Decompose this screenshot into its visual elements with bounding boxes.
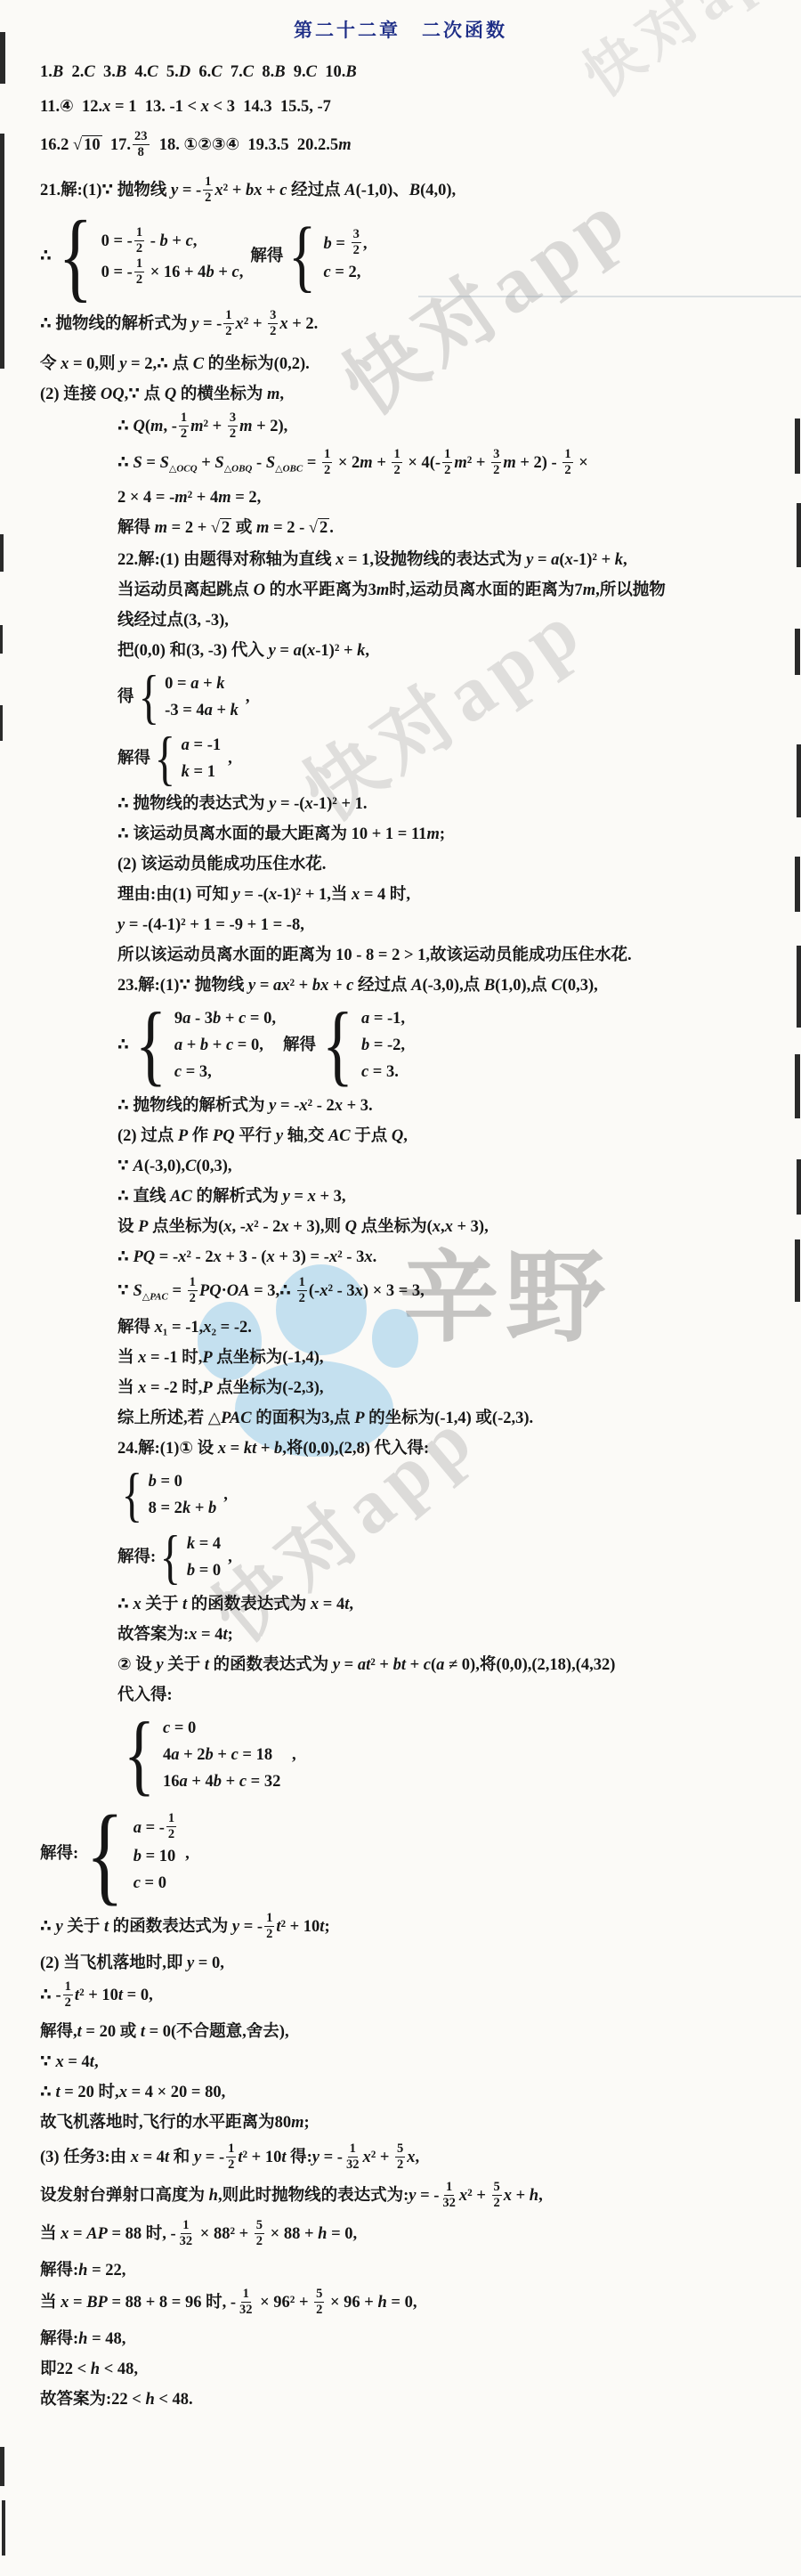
math-text: , — [228, 1544, 232, 1572]
math-text: 解得 — [117, 745, 150, 773]
math-text: 23.解:(1)∵ 抛物线 y = ax² + bx + c 经过点 A(-3,… — [117, 972, 598, 1000]
fraction: 12 — [179, 410, 189, 442]
math-text: ∴ PQ = -x² - 2x + 3 - (x + 3) = -x² - 3x… — [117, 1244, 376, 1272]
fraction: 52 — [395, 2141, 405, 2173]
fraction: 132 — [344, 2141, 361, 2173]
solution-line: ∴ 该运动员离水面的最大距离为 10 + 1 = 11m; — [117, 821, 801, 849]
solution-line: (3) 任务3:由 x = 4t 和 y = -12t² + 10t 得:y =… — [40, 2142, 801, 2174]
solution-line: 理由:由(1) 可知 y = -(x-1)² + 1,当 x = 4 时, — [117, 882, 801, 909]
fraction: 52 — [492, 2180, 502, 2211]
brace-icon: { — [86, 1808, 125, 1901]
solution-line: 代入得: — [117, 1682, 801, 1710]
math-text: 24.解:(1)① 设 x = kt + b,将(0,0),(2,8) 代入得: — [117, 1435, 429, 1463]
math-text: 设 P 点坐标为(x, -x² - 2x + 3),则 Q 点坐标为(x,x +… — [117, 1214, 489, 1241]
solution-line: 故答案为:22 < h < 48. — [40, 2386, 801, 2414]
solution-line: ∴ y 关于 t 的函数表达式为 y = -12t² + 10t; — [40, 1912, 801, 1943]
solution-line: ∴ x 关于 t 的函数表达式为 x = 4t, — [117, 1591, 801, 1619]
solution-line: 当 x = -1 时,P 点坐标为(-1,4), — [117, 1345, 801, 1372]
solution-line: 综上所述,若 △PAC 的面积为3,点 P 的坐标为(-1,4) 或(-2,3)… — [117, 1405, 801, 1433]
math-text: ∵ S△PAC = 12PQ·OA = 3,∴ 12(-x² - 3x) × 3… — [117, 1276, 425, 1307]
equation-system: {a = -1k = 1 — [150, 732, 221, 785]
equation-system: {a = -1,b = -2,c = 3. — [316, 1005, 405, 1085]
math-text: (2) 当飞机落地时,即 y = 0, — [40, 1950, 224, 1978]
solution-line: ∴ S = S△OCQ + S△OBQ - S△OBC = 12 × 2m + … — [117, 448, 801, 479]
math-text: 当 x = -1 时,P 点坐标为(-1,4), — [117, 1345, 324, 1372]
math-text: 11.④ 12.x = 1 13. -1 < x < 3 14.3 15.5, … — [40, 93, 331, 121]
fraction: 12 — [134, 225, 144, 256]
math-text: 解得 — [250, 243, 283, 271]
solution-line: ∴ -12t² + 10t = 0, — [40, 1980, 801, 2011]
fraction: 12 — [226, 2141, 236, 2173]
square-root: √10 — [73, 135, 102, 154]
math-text: ② 设 y 关于 t 的函数表达式为 y = at² + bt + c(a ≠ … — [117, 1652, 615, 1679]
scan-edge-artifact — [0, 2447, 4, 2486]
math-text: 解得:h = 48, — [40, 2326, 125, 2353]
fraction: 12 — [562, 447, 572, 478]
solution-lines: 1.B 2.C 3.B 4.C 5.D 6.C 7.C 8.B 9.C 10.B… — [0, 59, 801, 2414]
solution-line: 即22 < h < 48, — [40, 2356, 801, 2384]
answer-line: 1.B 2.C 3.B 4.C 5.D 6.C 7.C 8.B 9.C 10.B — [40, 59, 801, 86]
solution-line: ∵ x = 4t, — [40, 2049, 801, 2076]
solution-line: {b = 08 = 2k + b, — [117, 1466, 801, 1524]
solution-line: 解得{a = -1k = 1, — [117, 729, 801, 788]
solution-line: 解得 m = 2 + √2 或 m = 2 - √2. — [117, 515, 801, 542]
solution-line: 当 x = AP = 88 时, -132 × 88² + 52 × 88 + … — [40, 2219, 801, 2250]
solution-line: 21.解:(1)∵ 抛物线 y = -12x² + bx + c 经过点 A(-… — [40, 175, 801, 207]
fraction: 12 — [63, 1979, 73, 2011]
solution-line: 所以该运动员离水面的距离为 10 - 8 = 2 > 1,故该运动员能成功压住水… — [117, 942, 801, 970]
math-text: 把(0,0) 和(3, -3) 代入 y = a(x-1)² + k, — [117, 638, 369, 665]
solution-line: {c = 04a + 2b + c = 1816a + 4b + c = 32 … — [117, 1712, 801, 1798]
solution-line: 解得 x₁ = -1,x₂ = -2. — [117, 1314, 801, 1342]
equation-system: {c = 04a + 2b + c = 1816a + 4b + c = 32 — [117, 1715, 280, 1795]
answer-line: 11.④ 12.x = 1 13. -1 < x < 3 14.3 15.5, … — [40, 93, 801, 121]
equation-system: {0 = a + k-3 = 4a + k — [134, 670, 239, 724]
fraction: 12 — [392, 447, 401, 478]
brace-icon: { — [138, 671, 159, 723]
solution-line: 2 × 4 = -m² + 4m = 2, — [117, 484, 801, 512]
math-text: , — [185, 1841, 190, 1868]
math-text: ∴ 抛物线的解析式为 y = -12x² + 32x + 2. — [40, 309, 318, 340]
math-text: 综上所述,若 △PAC 的面积为3,点 P 的坐标为(-1,4) 或(-2,3)… — [117, 1405, 533, 1433]
solution-line: (2) 过点 P 作 PQ 平行 y 轴,交 AC 于点 Q, — [117, 1123, 801, 1150]
equation-system: {0 = -12 - b + c,0 = -12 × 16 + 4b + c, — [52, 215, 243, 299]
math-text: 1.B 2.C 3.B 4.C 5.D 6.C 7.C 8.B 9.C 10.B — [40, 59, 357, 86]
solution-content: 第二十二章 二次函数 1.B 2.C 3.B 4.C 5.D 6.C 7.C 8… — [0, 0, 801, 2414]
math-text: ∴ Q(m, -12m² + 32m + 2), — [117, 411, 287, 443]
fraction: 12 — [442, 447, 452, 478]
math-text: y = -(4-1)² + 1 = -9 + 1 = -8, — [117, 912, 304, 939]
chapter-title: 第二十二章 二次函数 — [0, 16, 801, 43]
solution-line: (2) 当飞机落地时,即 y = 0, — [40, 1950, 801, 1978]
math-text: (2) 连接 OQ,∵ 点 Q 的横坐标为 m, — [40, 381, 284, 409]
solution-line: 把(0,0) 和(3, -3) 代入 y = a(x-1)² + k, — [117, 638, 801, 665]
fraction: 52 — [255, 2218, 264, 2249]
math-text: 故答案为:x = 4t; — [117, 1621, 233, 1649]
fraction: 12 — [166, 1811, 176, 1842]
brace-icon: { — [124, 1717, 155, 1794]
math-text: 解得:h = 22, — [40, 2257, 125, 2285]
solution-line: ② 设 y 关于 t 的函数表达式为 y = at² + bt + c(a ≠ … — [117, 1652, 801, 1679]
equation-system: {b = 08 = 2k + b — [117, 1468, 216, 1522]
fraction: 52 — [314, 2287, 324, 2318]
math-text: ∵ x = 4t, — [40, 2049, 99, 2076]
math-text: ∴ y 关于 t 的函数表达式为 y = -12t² + 10t; — [40, 1912, 330, 1943]
math-text: ∴ — [117, 1032, 129, 1060]
math-text: , — [287, 1742, 295, 1769]
solution-line: ∴ 直线 AC 的解析式为 y = x + 3, — [117, 1183, 801, 1211]
solution-line: ∵ S△PAC = 12PQ·OA = 3,∴ 12(-x² - 3x) × 3… — [117, 1276, 801, 1307]
math-text: 22.解:(1) 由题得对称轴为直线 x = 1,设抛物线的表达式为 y = a… — [117, 547, 627, 574]
math-text: , — [228, 745, 232, 773]
math-text: 理由:由(1) 可知 y = -(x-1)² + 1,当 x = 4 时, — [117, 882, 410, 909]
solution-line: 解得:h = 48, — [40, 2326, 801, 2353]
math-text: 得 — [117, 684, 134, 711]
math-text: ∴ 直线 AC 的解析式为 y = x + 3, — [117, 1183, 346, 1211]
equation-system: {k = 4b = 0 — [156, 1531, 221, 1584]
math-text: 解得,t = 20 或 t = 0(不合题意,舍去), — [40, 2019, 289, 2046]
scan-edge-artifact — [2, 2500, 5, 2556]
math-text: 解得: — [40, 1841, 78, 1868]
brace-icon: { — [322, 1007, 353, 1085]
solution-line: 解得:{k = 4b = 0, — [117, 1528, 801, 1587]
fraction: 32 — [268, 308, 278, 339]
math-text: ∴ t = 20 时,x = 4 × 20 = 80, — [40, 2079, 225, 2107]
math-text: ∴ 抛物线的表达式为 y = -(x-1)² + 1. — [117, 791, 368, 818]
solution-line: ∴{0 = -12 - b + c,0 = -12 × 16 + 4b + c,… — [40, 212, 801, 302]
math-text: 解得 m = 2 + √2 或 m = 2 - √2. — [117, 515, 334, 542]
brace-icon: { — [288, 223, 316, 291]
math-text: ∴ x 关于 t 的函数表达式为 x = 4t, — [117, 1591, 353, 1619]
math-text: 令 x = 0,则 y = 2,∴ 点 C 的坐标为(0,2). — [40, 351, 310, 378]
solution-line: 得{0 = a + k-3 = 4a + k, — [117, 668, 801, 727]
math-text: 当 x = -2 时,P 点坐标为(-2,3), — [117, 1375, 324, 1402]
solution-line: 故答案为:x = 4t; — [117, 1621, 801, 1649]
math-text: 设发射台弹射口高度为 h,则此时抛物线的表达式为:y = -132x² + 52… — [40, 2181, 543, 2212]
brace-icon: { — [58, 215, 93, 299]
answer-line: 16.2 √10 17.238 18. ①②③④ 19.3.5 20.2.5m — [40, 130, 801, 161]
fraction: 238 — [133, 129, 150, 160]
solution-line: 故飞机落地时,飞行的水平距离为80m; — [40, 2109, 801, 2137]
math-text: 即22 < h < 48, — [40, 2356, 138, 2384]
solution-line: 当运动员离起跳点 O 的水平距离为3m时,运动员离水面的距离为7m,所以抛物 — [117, 577, 801, 605]
brace-icon: { — [160, 1532, 182, 1583]
fraction: 32 — [491, 447, 501, 478]
fraction: 12 — [264, 1911, 274, 1942]
solution-line: 线经过点(3, -3), — [117, 607, 801, 635]
solution-line: 解得:{a = -12b = 10c = 0, — [40, 1805, 801, 1904]
math-text: 解得 — [283, 1032, 316, 1060]
brace-icon: { — [155, 733, 176, 784]
page: 快对app快对app快对app辛野快对app 第二十二章 二次函数 1.B 2.… — [0, 0, 801, 2576]
solution-line: ∴ 抛物线的解析式为 y = -x² - 2x + 3. — [117, 1093, 801, 1120]
solution-line: ∴ t = 20 时,x = 4 × 20 = 80, — [40, 2079, 801, 2107]
square-root: √2 — [211, 518, 231, 537]
solution-line: 解得,t = 20 或 t = 0(不合题意,舍去), — [40, 2019, 801, 2046]
square-root: √2 — [309, 518, 329, 537]
math-text: (2) 过点 P 作 PQ 平行 y 轴,交 AC 于点 Q, — [117, 1123, 408, 1150]
solution-line: 22.解:(1) 由题得对称轴为直线 x = 1,设抛物线的表达式为 y = a… — [117, 547, 801, 574]
math-text: ∴ S = S△OCQ + S△OBQ - S△OBC = 12 × 2m + … — [117, 448, 588, 479]
math-text: ∴ 抛物线的解析式为 y = -x² - 2x + 3. — [117, 1093, 373, 1120]
fraction: 12 — [188, 1275, 198, 1306]
brace-icon: { — [122, 1469, 143, 1521]
solution-line: ∴ 抛物线的解析式为 y = -12x² + 32x + 2. — [40, 309, 801, 340]
math-text: (2) 该运动员能成功压住水花. — [117, 851, 326, 879]
math-text: ∴ -12t² + 10t = 0, — [40, 1980, 153, 2011]
math-text: 当 x = BP = 88 + 8 = 96 时, -132 × 96² + 5… — [40, 2288, 417, 2319]
math-text: 16.2 √10 17.238 18. ①②③④ 19.3.5 20.2.5m — [40, 130, 352, 161]
fraction: 12 — [134, 256, 144, 288]
math-text: 当运动员离起跳点 O 的水平距离为3m时,运动员离水面的距离为7m,所以抛物 — [117, 577, 666, 605]
solution-line: 设发射台弹射口高度为 h,则此时抛物线的表达式为:y = -132x² + 52… — [40, 2181, 801, 2212]
math-text: 解得: — [117, 1544, 156, 1572]
fraction: 12 — [203, 175, 213, 206]
math-text: 线经过点(3, -3), — [117, 607, 229, 635]
solution-line: y = -(4-1)² + 1 = -9 + 1 = -8, — [117, 912, 801, 939]
solution-line: 当 x = -2 时,P 点坐标为(-2,3), — [117, 1375, 801, 1402]
solution-line: ∴ Q(m, -12m² + 32m + 2), — [117, 411, 801, 443]
equation-system: {b = 32,c = 2, — [283, 223, 367, 291]
fraction: 32 — [228, 410, 238, 442]
math-text: 解得 x₁ = -1,x₂ = -2. — [117, 1314, 252, 1342]
math-text: 当 x = AP = 88 时, -132 × 88² + 52 × 88 + … — [40, 2219, 357, 2250]
solution-line: ∵ A(-3,0),C(0,3), — [117, 1153, 801, 1181]
solution-line: 24.解:(1)① 设 x = kt + b,将(0,0),(2,8) 代入得: — [117, 1435, 801, 1463]
solution-line: ∴{9a - 3b + c = 0,a + b + c = 0,c = 3,解得… — [117, 1003, 801, 1088]
solution-line: 23.解:(1)∵ 抛物线 y = ax² + bx + c 经过点 A(-3,… — [117, 972, 801, 1000]
math-text: ∵ A(-3,0),C(0,3), — [117, 1153, 232, 1181]
solution-line: 当 x = BP = 88 + 8 = 96 时, -132 × 96² + 5… — [40, 2288, 801, 2319]
solution-line: (2) 连接 OQ,∵ 点 Q 的横坐标为 m, — [40, 381, 801, 409]
fraction: 12 — [297, 1275, 307, 1306]
fraction: 12 — [223, 308, 233, 339]
math-text: , — [223, 1482, 228, 1509]
fraction: 32 — [352, 227, 361, 258]
solution-line: (2) 该运动员能成功压住水花. — [117, 851, 801, 879]
solution-line: ∴ PQ = -x² - 2x + 3 - (x + 3) = -x² - 3x… — [117, 1244, 801, 1272]
math-text: 故答案为:22 < h < 48. — [40, 2386, 193, 2414]
fraction: 12 — [322, 447, 332, 478]
math-text: 所以该运动员离水面的距离为 10 - 8 = 2 > 1,故该运动员能成功压住水… — [117, 942, 632, 970]
math-text: ∴ — [40, 243, 52, 271]
equation-system: {a = -12b = 10c = 0 — [78, 1808, 178, 1901]
math-text: ∴ 该运动员离水面的最大距离为 10 + 1 = 11m; — [117, 821, 445, 849]
solution-line: ∴ 抛物线的表达式为 y = -(x-1)² + 1. — [117, 791, 801, 818]
math-text: , — [246, 684, 250, 711]
equation-system: {9a - 3b + c = 0,a + b + c = 0,c = 3, — [129, 1005, 276, 1085]
fraction: 132 — [238, 2287, 255, 2318]
math-text: 21.解:(1)∵ 抛物线 y = -12x² + bx + c 经过点 A(-… — [40, 175, 456, 207]
solution-line: 令 x = 0,则 y = 2,∴ 点 C 的坐标为(0,2). — [40, 351, 801, 378]
math-text: 2 × 4 = -m² + 4m = 2, — [117, 484, 261, 512]
brace-icon: { — [135, 1007, 166, 1085]
solution-line: 解得:h = 22, — [40, 2257, 801, 2285]
fraction: 132 — [178, 2218, 195, 2249]
math-text: (3) 任务3:由 x = 4t 和 y = -12t² + 10t 得:y =… — [40, 2142, 419, 2174]
fraction: 132 — [441, 2180, 457, 2211]
math-text: 故飞机落地时,飞行的水平距离为80m; — [40, 2109, 310, 2137]
solution-line: 设 P 点坐标为(x, -x² - 2x + 3),则 Q 点坐标为(x,x +… — [117, 1214, 801, 1241]
